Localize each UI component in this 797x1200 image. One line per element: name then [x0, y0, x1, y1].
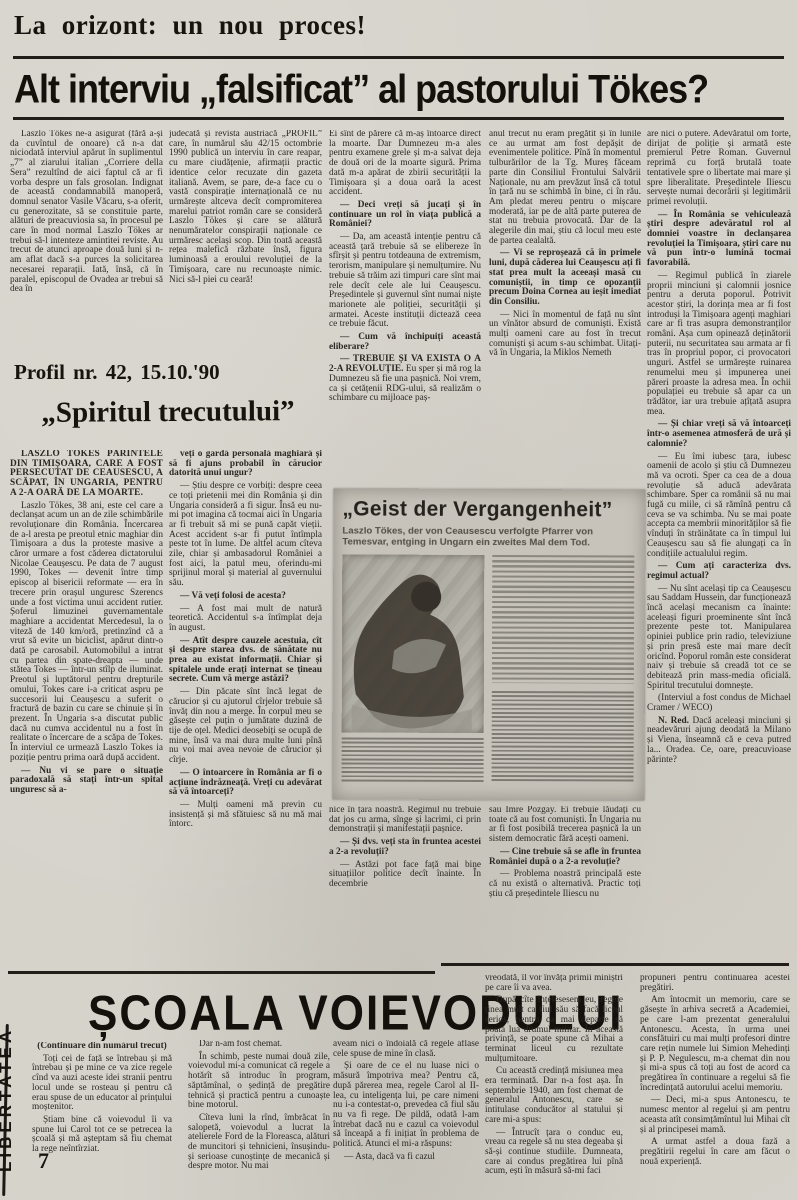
paragraph: — Atît despre cauzele acestuia, cît și d…: [169, 637, 322, 686]
newspaper-page: La orizont: un nou proces! Alt interviu …: [0, 0, 797, 1200]
paragraph: judecată și revista austriacă „PROFIL” c…: [169, 130, 322, 285]
paragraph: — Cum ați caracteriza dvs. regimul actua…: [647, 562, 791, 581]
paragraph: — Cum vă închipuiți această eliberare?: [329, 333, 481, 352]
paragraph: Știam bine că voievodul îi va spune lui …: [32, 1116, 172, 1155]
clipping-headline: „Geist der Vergangenheit”: [342, 497, 636, 522]
photo-caption-lines: [342, 737, 484, 781]
paragraph: Și oare de ce el nu luase nici o măsură …: [333, 1062, 479, 1149]
article1-col4-bottom: sau Imre Pozgay. Ei trebuie lăudați cu t…: [489, 806, 641, 962]
paragraph: — Întrucît țara o conduc eu, vreau ca re…: [485, 1129, 623, 1178]
paragraph: veți o gardă personală maghiară și să fi…: [169, 450, 322, 479]
paragraph: Am întocmit un memoriu, care se găsește …: [640, 996, 790, 1093]
clipping-content: [342, 554, 637, 783]
rule-top: [13, 56, 784, 59]
paragraph: — Da, am această intenție pentru că acea…: [329, 233, 481, 330]
paragraph: Laszlo Tökes, 38 ani, este cel care a de…: [10, 502, 163, 764]
tokes-hospital-photo: [342, 554, 485, 732]
paragraph: — O întoarcere în România ar fi o acțiun…: [169, 769, 322, 798]
paragraph: În schimb, peste numai două zile, voievo…: [188, 1053, 330, 1111]
news-clipping: „Geist der Vergangenheit” Laszlo Tökes, …: [332, 488, 645, 800]
kicker-headline: La orizont: un nou proces!: [14, 10, 366, 41]
article1-intro-col1: Laszlo Tökes ne-a asigurat (fără a-și da…: [10, 130, 163, 356]
article1-subtitle: „Spiritul trecutului”: [18, 395, 318, 430]
paper-name-vertical: LIBERTATEA: [0, 1027, 16, 1172]
article-separator-left: [8, 971, 435, 974]
article1-col1-body: LASZLO TÖKES PĂRINTELE DIN TIMIȘOARA, CA…: [10, 450, 163, 962]
paragraph: — TREBUIE ȘI VA EXISTA O A 2-A REVOLUȚIE…: [329, 355, 481, 404]
clipping-body-lines: [492, 555, 634, 683]
paragraph: propuneri pentru continuarea acestei pre…: [640, 974, 790, 993]
clipping-text-column: [492, 555, 635, 783]
article1-col4-top: anul trecut nu eram pregătit și în lunil…: [489, 130, 641, 486]
article2-col5: propuneri pentru continuarea acestei pre…: [640, 974, 790, 1198]
paragraph: — Din păcate sînt încă legat de cărucior…: [169, 688, 322, 766]
paragraph: — Eu îmi iubesc țara, iubesc oamenii de …: [647, 453, 791, 560]
paragraph: — Astăzi pot face față mai bine situații…: [329, 861, 481, 890]
paragraph: sau Imre Pozgay. Ei trebuie lăudați cu t…: [489, 806, 641, 845]
paragraph: — În România se vehiculează știri despre…: [647, 211, 791, 269]
paragraph: — Nu sînt același tip ca Ceaușescu sau S…: [647, 585, 791, 692]
paragraph: Cu această credință misiunea mea era ter…: [485, 1067, 623, 1125]
paragraph: — Cine trebuie să se afle în fruntea Rom…: [489, 848, 641, 867]
paragraph: — Regimul publică în ziarele proprii min…: [647, 272, 791, 418]
paragraph: — Știu despre ce vorbiți: despre ceea ce…: [169, 482, 322, 589]
article2-col4: vreodată, îl vor învăța primii miniștri …: [485, 974, 623, 1198]
paragraph: — Problema noastră principală este că nu…: [489, 870, 641, 899]
paragraph: LASZLO TÖKES PĂRINTELE DIN TIMIȘOARA, CA…: [10, 450, 163, 499]
paragraph: vreodată, îl vor învăța primii miniștri …: [485, 974, 623, 993]
paragraph: Cîteva luni la rînd, îmbrăcat în salopet…: [188, 1114, 330, 1172]
paragraph: (Continuare din numărul trecut): [32, 1042, 172, 1052]
paragraph: are nici o putere. Adevăratul om forte, …: [647, 130, 791, 208]
paragraph: — Vă veți folosi de acesta?: [169, 592, 322, 602]
paragraph: — A fost mai mult de natură teoretică. A…: [169, 605, 322, 634]
paragraph: — Vi se reproșează că în primele luni, d…: [489, 249, 641, 307]
paragraph: Ei sînt de părere că m-aș întoarce direc…: [329, 130, 481, 198]
clipping-body-lines-2: [492, 691, 634, 783]
paragraph: aveam nici o îndoială că regele aflase c…: [333, 1040, 479, 1059]
paragraph: — Și dvs. veți sta în fruntea acestei a …: [329, 838, 481, 857]
article1-col2-body: veți o gardă personală maghiară și să fi…: [169, 450, 322, 962]
paragraph: — Deci vreți să jucați și în continuare …: [329, 201, 481, 230]
paragraph: — Mulți oameni mă previn cu insistență ș…: [169, 801, 322, 830]
article1-col3-bottom: nice în țara noastră. Regimul nu trebuie…: [329, 806, 481, 962]
clipping-subhead: Laszlo Tökes, der von Ceausescu verfolgt…: [342, 525, 636, 548]
paragraph: — Și chiar vreți să vă întoarceți într-o…: [647, 420, 791, 449]
rule-under-headline: [13, 117, 784, 120]
article1-intro-col2: judecată și revista austriacă „PROFIL” c…: [169, 130, 322, 352]
article1-col5: are nici o putere. Adevăratul om forte, …: [647, 130, 791, 964]
paragraph: — Nu vi se pare o situație paradoxală să…: [10, 767, 163, 796]
paragraph: — Asta, dacă va fi cazul: [333, 1153, 479, 1163]
paragraph: — Nici în momentul de față nu sînt un vî…: [489, 311, 641, 360]
paragraph: (Interviul a fost condus de Michael Cram…: [647, 694, 791, 713]
paragraph: Toți cei de față se întrebau și mă între…: [32, 1055, 172, 1113]
paragraph: nice în țara noastră. Regimul nu trebuie…: [329, 806, 481, 835]
profil-reference: Profil nr. 42, 15.10.'90: [14, 360, 220, 385]
paragraph: Laszlo Tökes ne-a asigurat (fără a-și da…: [10, 130, 163, 295]
article1-headline: Alt interviu „falsificat” al pastorului …: [14, 66, 708, 112]
photo-silhouette: [342, 554, 485, 732]
paragraph: A urmat astfel a doua fază a pregătirii …: [640, 1138, 790, 1167]
paragraph: N. Red. Dacă aceleași minciuni și neadev…: [647, 717, 791, 766]
article1-col3-top: Ei sînt de părere că m-aș întoarce direc…: [329, 130, 481, 486]
article-separator-right: [441, 963, 789, 966]
paragraph: anul trecut nu eram pregătit și în lunil…: [489, 130, 641, 246]
clipping-photo-column: [342, 554, 485, 782]
paragraph: Dar n-am fost chemat.: [188, 1040, 330, 1050]
article2-col2: Dar n-am fost chemat.În schimb, peste nu…: [188, 1040, 330, 1198]
article2-col1: (Continuare din numărul trecut)Toți cei …: [32, 1042, 172, 1198]
article2-col3: aveam nici o îndoială că regele aflase c…: [333, 1040, 479, 1198]
paragraph: După cîte înțelesesem eu, regele ținea m…: [485, 996, 623, 1064]
paragraph: — Deci, mi-a spus Antonescu, te numesc m…: [640, 1096, 790, 1135]
